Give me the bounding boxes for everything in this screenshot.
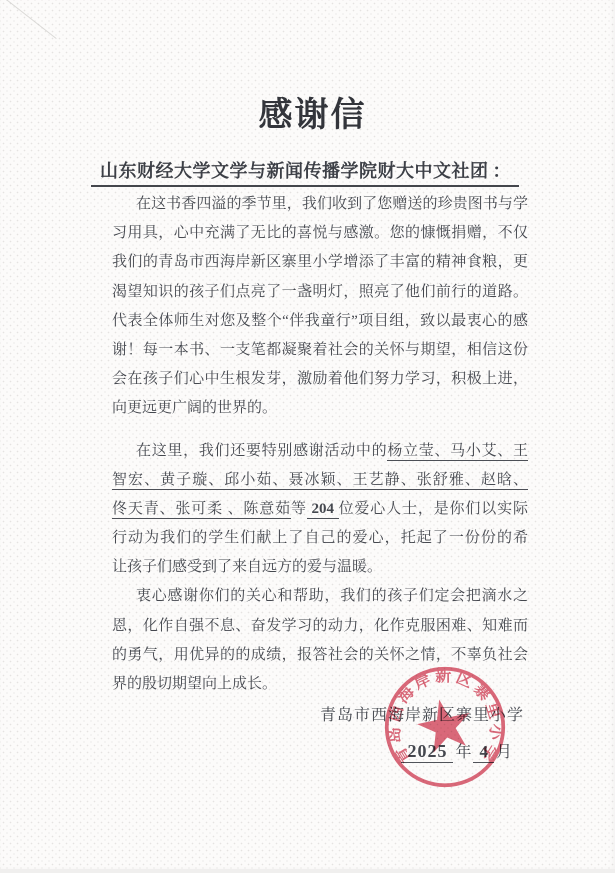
body-line: 向更远更广阔的世界的。: [112, 394, 528, 423]
text-segment: 衷心感谢你们的关心和帮助，我们的孩子们定会把滴水之: [136, 588, 528, 604]
salutation-university: 山东财经大学文学与: [100, 161, 267, 181]
body-line: 渴望知识的孩子们点亮了一盏明灯，照亮了他们前行的道路。我: [112, 278, 528, 307]
page-bottom-edge: [0, 869, 615, 873]
text-segment: 习用具，心中充满了无比的喜悦与感激。您的慷慨捐赠，不仅为: [112, 225, 528, 248]
text-segment: 谢！每一本书、一支笔都凝聚着社会的关怀与期望，相信这份爱: [112, 342, 528, 365]
paragraph-2: 在这里，我们还要特别感谢活动中的杨立莹、马小艾、王智宏、黄子璇、邱小茹、聂冰颖、…: [112, 437, 528, 583]
text-segment: 渴望知识的孩子们点亮了一盏明灯，照亮了他们前行的道路。我: [112, 284, 528, 307]
body-line: 智宏、黄子璇、邱小茹、聂冰颖、王艺静、张舒雅、赵晗、: [112, 466, 528, 495]
letter-body: 在这书香四溢的季节里，我们收到了您赠送的珍贵图书与学习用具，心中充满了无比的喜悦…: [112, 190, 528, 699]
underlined-text: 佟天青、张可柔 、陈意茹: [112, 501, 291, 519]
scan-scratch-artifact: [0, 0, 57, 39]
text-segment: 位爱心人士，是你们以实际: [339, 501, 528, 517]
text-segment: 在这里，我们还要特别感谢活动中的: [136, 443, 387, 459]
body-line: 代表全体师生对您及整个“伴我童行”项目组，致以最衷心的感: [112, 307, 528, 336]
school-seal-stamp: 青岛西海岸新区寨里小学: [367, 649, 523, 805]
salutation-colon: ：: [493, 161, 511, 181]
body-line: 行动为我们的学生们献上了自己的爱心，托起了一份份的希望，: [112, 524, 528, 553]
red-star-icon: [413, 694, 476, 755]
text-segment: 行动为我们的学生们献上了自己的爱心，托起了一份份的希望，: [112, 530, 528, 553]
text-segment: 让孩子们感受到了来自远方的爱与温暖。: [112, 559, 382, 575]
text-segment: 会在孩子们心中生根发芽，激励着他们努力学习，积极上进，走: [112, 371, 528, 394]
scanned-letter-page: 感谢信 山东财经大学文学与新闻传播学院财大中文社团： 在这书香四溢的季节里，我们…: [0, 0, 615, 873]
body-line: 在这书香四溢的季节里，我们收到了您赠送的珍贵图书与学: [112, 190, 528, 219]
underlined-text: 智宏、黄子璇、邱小茹、聂冰颖、王艺静、张舒雅、赵晗、: [112, 472, 528, 490]
body-line: 习用具，心中充满了无比的喜悦与感激。您的慷慨捐赠，不仅为: [112, 219, 528, 248]
body-line: 在这里，我们还要特别感谢活动中的杨立莹、马小艾、王: [112, 437, 528, 466]
salutation-underline: 山东财经大学文学与新闻传播学院财大中文社团：: [91, 159, 519, 187]
underlined-text: 杨立莹、马小艾、王: [387, 443, 528, 461]
paragraph-1: 在这书香四溢的季节里，我们收到了您赠送的珍贵图书与学习用具，心中充满了无比的喜悦…: [112, 190, 528, 424]
letter-title: 感谢信: [0, 96, 615, 136]
text-segment: 在这书香四溢的季节里，我们收到了您赠送的珍贵图书与学: [136, 196, 528, 212]
text-segment: 向更远更广阔的世界的。: [112, 400, 277, 416]
body-line: 衷心感谢你们的关心和帮助，我们的孩子们定会把滴水之: [112, 582, 528, 611]
underlined-text: 204: [307, 501, 339, 519]
text-segment: 代表全体师生对您及整个“伴我童行”项目组，致以最衷心的感: [112, 313, 528, 329]
text-segment: 我们的青岛市西海岸新区寨里小学增添了丰富的精神食粮，更为: [112, 254, 528, 277]
text-segment: 界的殷切期望向上成长。: [112, 676, 277, 692]
body-line: 谢！每一本书、一支笔都凝聚着社会的关怀与期望，相信这份爱: [112, 336, 528, 365]
body-line: 佟天青、张可柔 、陈意茹等 204 位爱心人士，是你们以实际: [112, 495, 528, 524]
body-line: 让孩子们感受到了来自远方的爱与温暖。: [112, 553, 528, 582]
salutation-club: 新闻传播学院财大中文社团: [267, 161, 489, 181]
body-line: 会在孩子们心中生根发芽，激励着他们努力学习，积极上进，走: [112, 365, 528, 394]
body-line: 我们的青岛市西海岸新区寨里小学增添了丰富的精神食粮，更为: [112, 248, 528, 277]
text-segment: 恩，化作自强不息、奋发学习的动力，化作克服困难、知难而进: [112, 618, 528, 641]
text-segment: 等: [291, 501, 307, 517]
body-line: 恩，化作自强不息、奋发学习的动力，化作克服困难、知难而进: [112, 612, 528, 641]
salutation-line: 山东财经大学文学与新闻传播学院财大中文社团：: [91, 159, 519, 187]
